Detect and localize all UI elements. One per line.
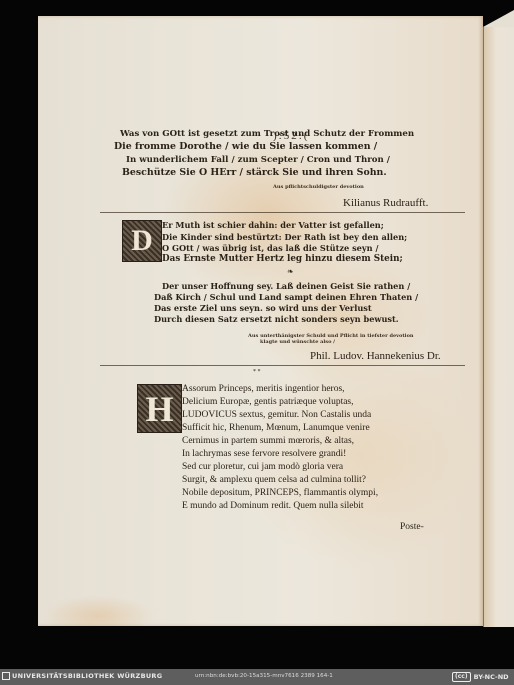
latin-line-7: Sed cur ploretur, cui jam modò gloria ve… bbox=[182, 461, 343, 474]
poem2-signature: Phil. Ludov. Hannekenius Dr. bbox=[310, 350, 441, 362]
latin-line-10: E mundo ad Dominum redit. Quem nulla sil… bbox=[182, 500, 364, 513]
divider-1 bbox=[100, 212, 465, 213]
latin-line-8: Surgit, & amplexu quem celsa ad culmina … bbox=[182, 474, 366, 487]
viewer-footer: UNIVERSITÄTSBIBLIOTHEK WÜRZBURG urn:nbn:… bbox=[0, 669, 514, 685]
urn-identifier[interactable]: urn:nbn:de:bvb:20-15a315-mnv7616 2389 16… bbox=[195, 673, 333, 679]
latin-line-6: In lachrymas sese fervore resolvere gran… bbox=[182, 448, 346, 461]
latin-line-5: Cernimus in partem summi mœroris, & alta… bbox=[182, 435, 354, 448]
poem1-dedication: Aus pflichtschuldigster devotion bbox=[273, 184, 364, 190]
divider-2 bbox=[100, 365, 465, 366]
poem1-signature: Kilianus Rudraufft. bbox=[343, 197, 428, 209]
ornament: ❧ bbox=[287, 267, 294, 276]
decorated-initial-h: H bbox=[137, 384, 182, 433]
poem2-line-4: Das Ernste Mutter Hertz leg hinzu diesem… bbox=[162, 253, 403, 266]
latin-line-3: LUDOVICUS sextus, gemitur. Non Castalis … bbox=[182, 409, 371, 422]
scanned-page: ):52:( Was von GOtt ist gesetzt zum Tros… bbox=[38, 16, 483, 626]
poem1-line-2: Die fromme Dorothe / wie du Sie lassen k… bbox=[114, 141, 377, 154]
latin-line-2: Delicium Europæ, gentis patriæque volupt… bbox=[182, 396, 354, 409]
next-page-corner bbox=[483, 5, 514, 27]
license-link[interactable]: (cc) BY-NC-ND bbox=[452, 672, 509, 682]
creative-commons-icon: (cc) bbox=[452, 672, 471, 682]
poem1-line-1: Was von GOtt ist gesetzt zum Trost und S… bbox=[120, 128, 414, 141]
latin-line-9: Nobile depositum, PRINCEPS, flammantis o… bbox=[182, 487, 378, 500]
poem1-line-3: In wunderlichem Fall / zum Scepter / Cro… bbox=[126, 154, 390, 167]
library-name: UNIVERSITÄTSBIBLIOTHEK WÜRZBURG bbox=[12, 672, 162, 680]
poem2-line-8: Durch diesen Satz ersetzt nicht sonders … bbox=[154, 313, 399, 326]
latin-line-1: Assorum Princeps, meritis ingentior hero… bbox=[182, 383, 345, 396]
latin-line-4: Sufficit hic, Rhenum, Mœnum, Lanumque ve… bbox=[182, 422, 370, 435]
license-label: BY-NC-ND bbox=[474, 673, 509, 681]
next-page-edge[interactable] bbox=[483, 27, 514, 627]
document-viewer[interactable]: ):52:( Was von GOtt ist gesetzt zum Tros… bbox=[0, 0, 514, 669]
section-marker: * * bbox=[253, 369, 261, 375]
poem2-line-1: Er Muth ist schier dahin: der Vatter ist… bbox=[162, 220, 384, 231]
poem2-dedication-2: klagte und wünschte also / bbox=[260, 339, 335, 345]
library-logo-icon bbox=[2, 672, 10, 680]
catchword: Poste- bbox=[400, 521, 424, 534]
library-logo[interactable]: UNIVERSITÄTSBIBLIOTHEK WÜRZBURG bbox=[2, 672, 162, 680]
decorated-initial-d: D bbox=[122, 220, 162, 262]
poem1-line-4: Beschütze Sie O HErr / stärck Sie und ih… bbox=[122, 167, 387, 180]
